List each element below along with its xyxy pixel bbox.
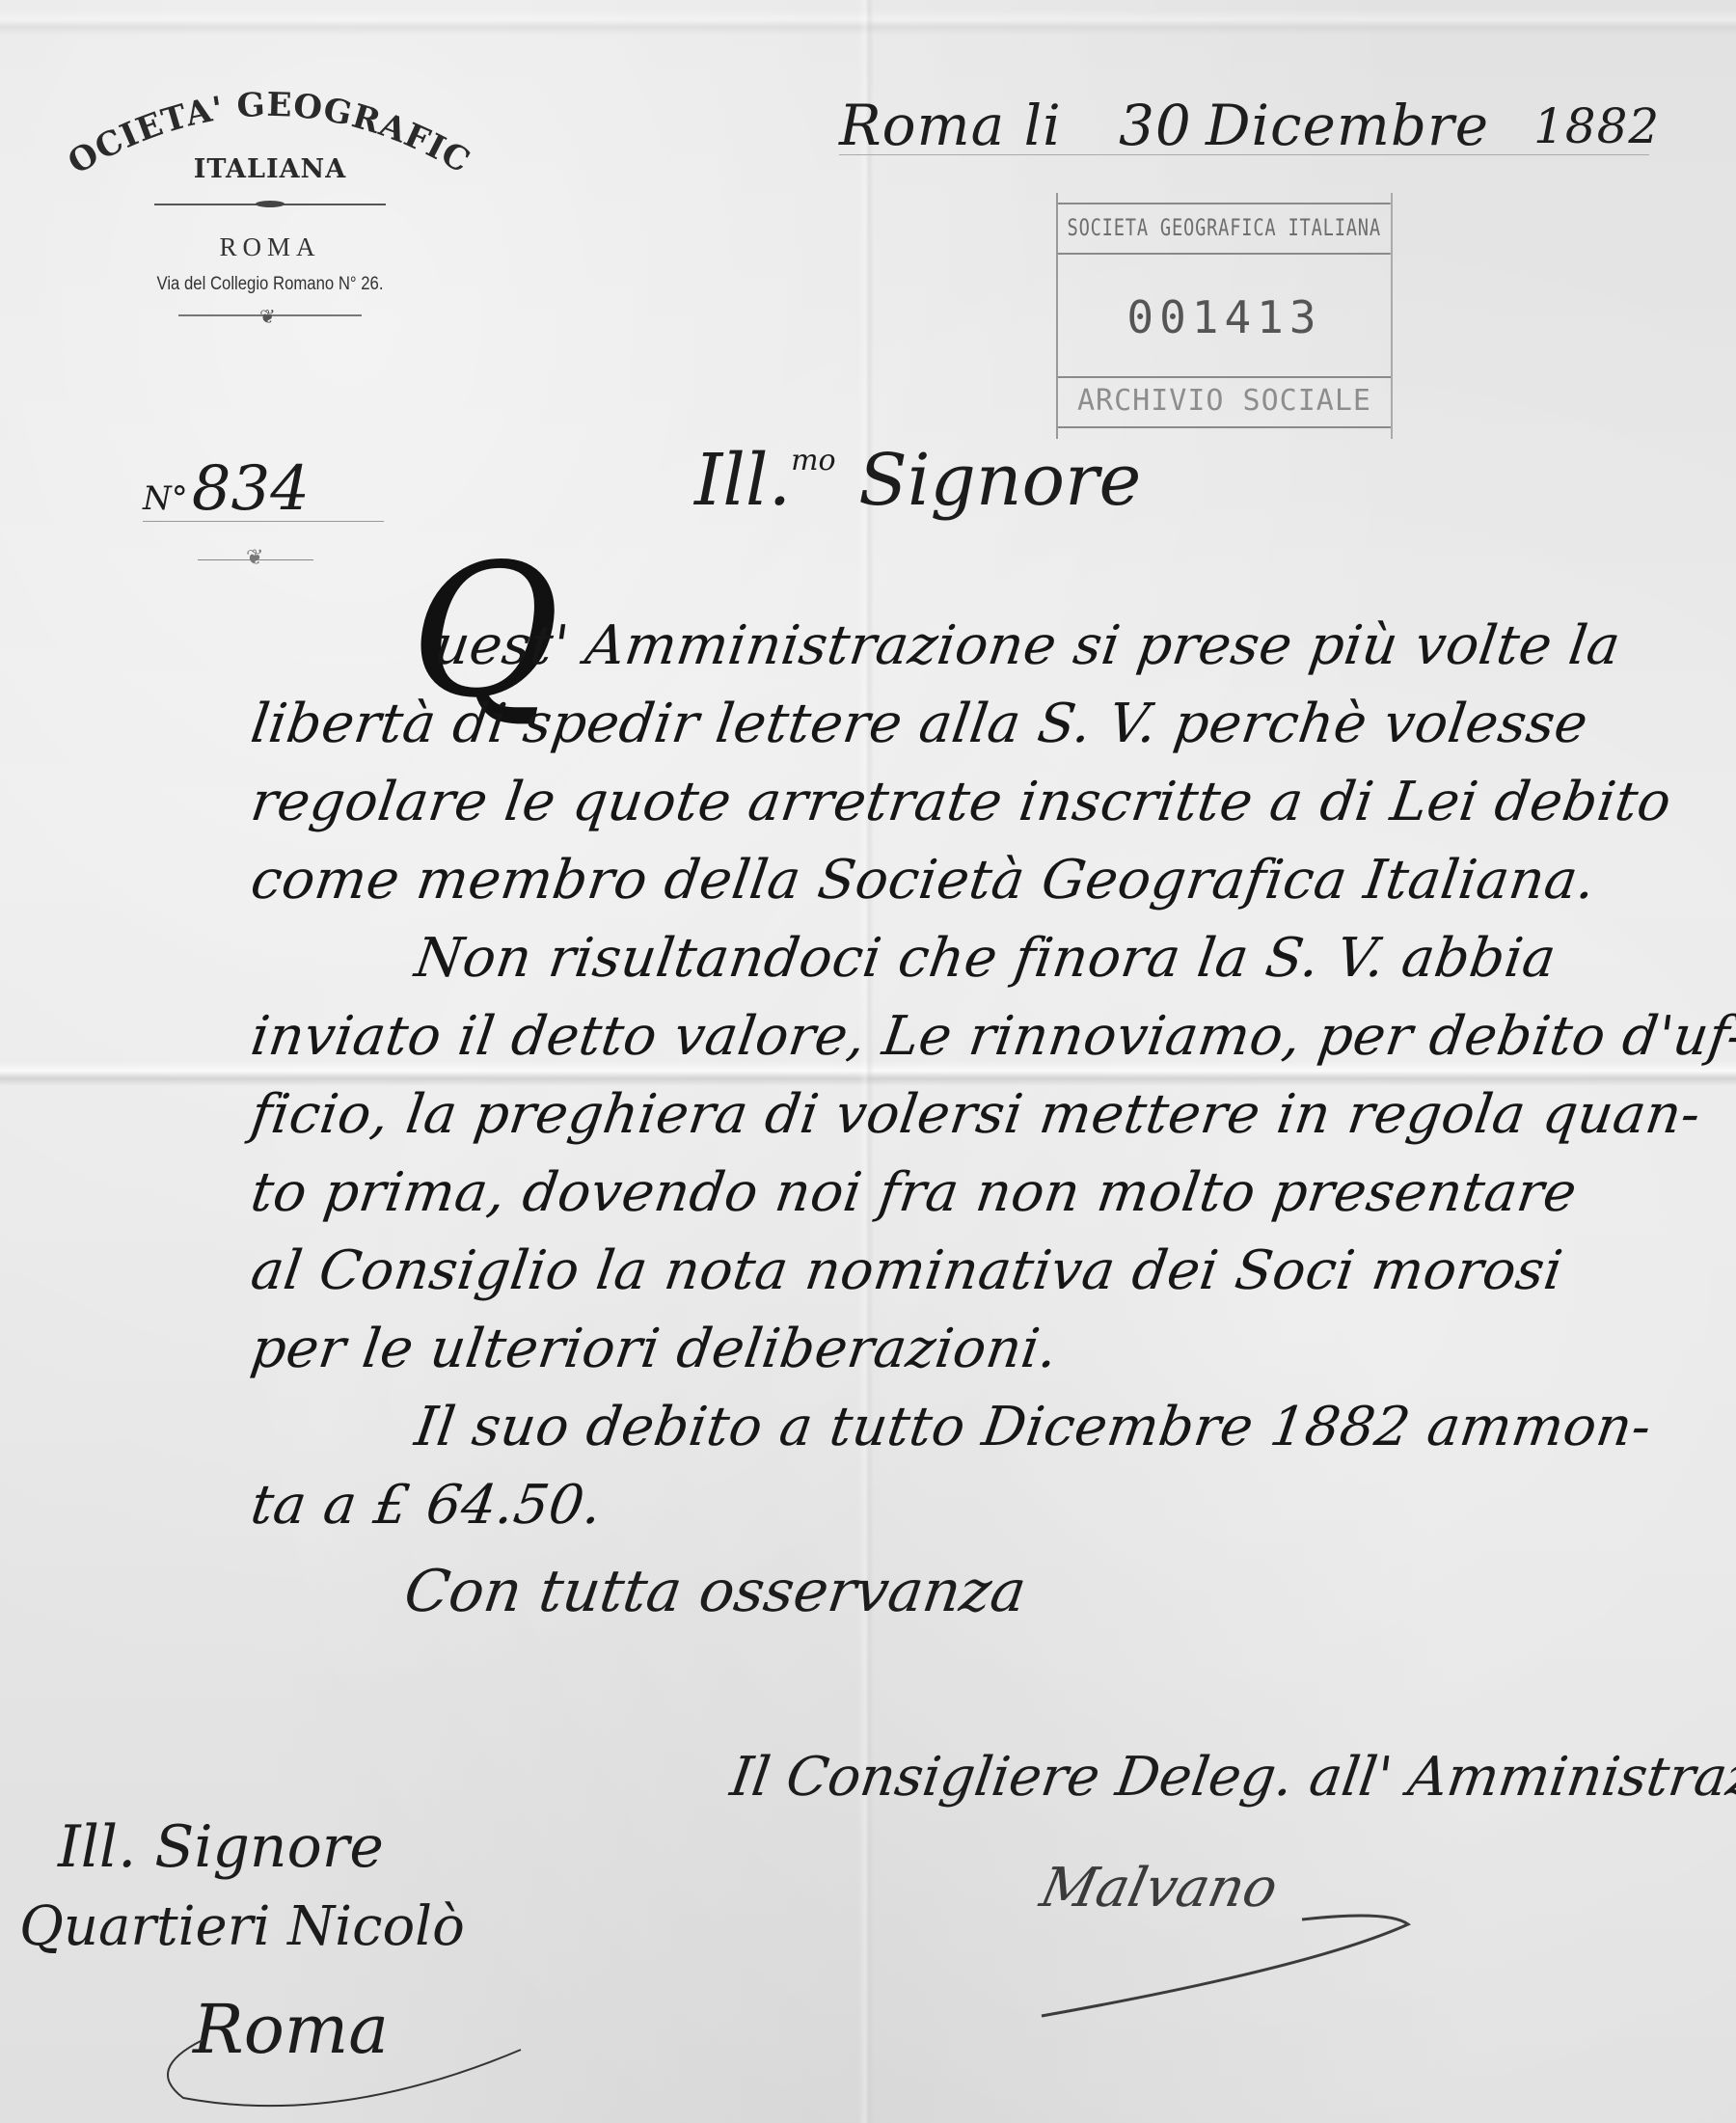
body-line: Non risultandoci che finora la S. V. abb… xyxy=(246,920,1732,998)
closing-phrase: Con tutta osservanza xyxy=(400,1558,1030,1625)
date-year: 1882 xyxy=(1533,98,1660,154)
date-month: Dicembre xyxy=(1206,93,1489,158)
body-line: Il suo debito a tutto Dicembre 1882 ammo… xyxy=(246,1389,1732,1467)
body-line: to prima, dovendo noi fra non molto pres… xyxy=(246,1155,1732,1233)
salutation-superscript: mo xyxy=(791,444,836,477)
signature-flourish-icon xyxy=(1022,1881,1456,2026)
letterhead: SOCIETA' GEOGRAFICA ITALIANA ROMA Via de… xyxy=(68,68,473,316)
salutation-title: Signore xyxy=(858,439,1141,522)
letterhead-divider xyxy=(154,204,386,205)
salutation: Ill.mo Signore xyxy=(694,439,1141,522)
letterhead-ornament: ❦ xyxy=(178,314,362,316)
stamp-top-text: SOCIETA GEOGRAFICA ITALIANA xyxy=(1058,203,1390,255)
body-line: ta a £ 64.50. xyxy=(246,1467,1732,1545)
body-line: per le ulteriori deliberazioni. xyxy=(246,1311,1732,1389)
archive-stamp: SOCIETA GEOGRAFICA ITALIANA 001413 ARCHI… xyxy=(1056,193,1393,439)
date-underline xyxy=(839,154,1649,155)
body-line: regolare le quote arretrate inscritte a … xyxy=(246,764,1732,842)
stamp-bottom-text: ARCHIVIO SOCIALE xyxy=(1058,376,1391,428)
signer-title: Il Consigliere Deleg. all' Amministrazio… xyxy=(726,1746,1736,1809)
letterhead-address: Via del Collegio Romano N° 26. xyxy=(92,274,448,295)
date-day: 30 xyxy=(1119,93,1192,158)
letterhead-city: ROMA xyxy=(68,232,473,262)
protocol-label: N° xyxy=(143,479,188,518)
org-name-line2: ITALIANA xyxy=(68,154,473,184)
ornament-icon: ❦ xyxy=(259,307,276,326)
salutation-prefix: Ill. xyxy=(694,439,791,522)
protocol-ornament: ❦ xyxy=(198,559,313,560)
dateline: Roma li 30 Dicembre 1882 xyxy=(839,93,1649,160)
stamp-number: 001413 xyxy=(1058,291,1391,343)
protocol-number: N°834 xyxy=(143,453,310,525)
address-flourish-icon xyxy=(145,2030,550,2117)
body-line: come membro della Società Geografica Ita… xyxy=(246,842,1732,920)
body-line: al Consiglio la nota nominativa dei Soci… xyxy=(246,1233,1732,1311)
recipient-salutation: Ill. Signore xyxy=(58,1813,465,1881)
body-line: inviato il detto valore, Le rinnoviamo, … xyxy=(246,998,1732,1076)
ornament-icon: ❦ xyxy=(246,546,263,570)
protocol-underline xyxy=(143,521,384,522)
body-line: ficio, la preghiera di volersi mettere i… xyxy=(246,1076,1732,1155)
letter-body: Q uest' Amministrazione si prese più vol… xyxy=(246,608,1722,1545)
body-line: uest' Amministrazione si prese più volte… xyxy=(246,608,1732,686)
protocol-value: 834 xyxy=(192,453,310,525)
date-place: Roma li xyxy=(839,93,1062,158)
body-line: libertà di spedir lettere alla S. V. per… xyxy=(246,686,1732,764)
recipient-name: Quartieri Nicolò xyxy=(19,1891,465,1963)
